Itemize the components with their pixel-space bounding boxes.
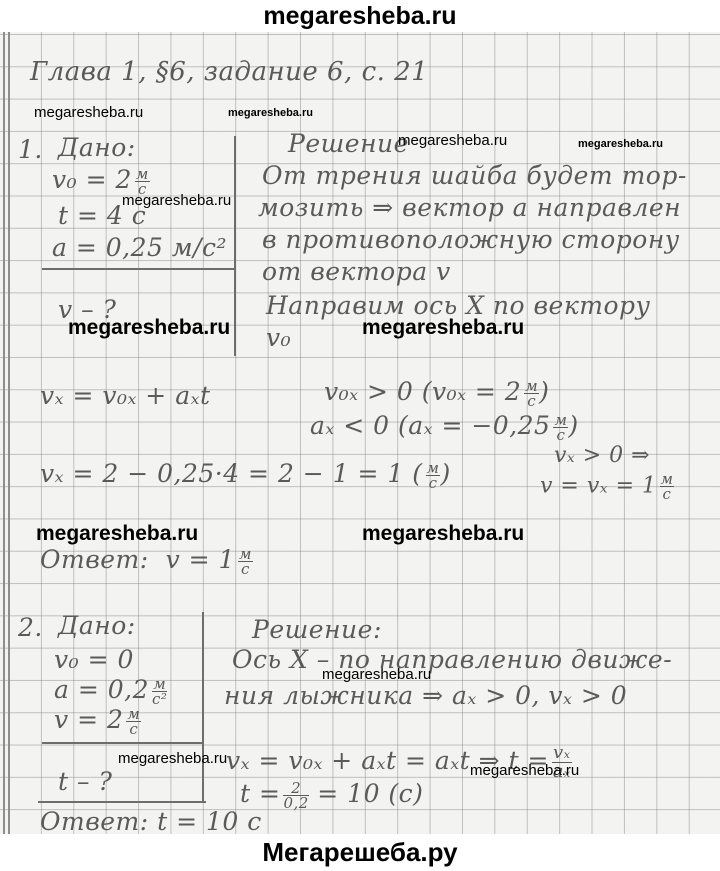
- problem-2-find: t – ?: [58, 768, 112, 796]
- problem-2-given-a: a = 0,2мс²: [54, 676, 167, 706]
- problem-1-solution-line: от вектора v: [262, 258, 451, 286]
- problem-1-solution-line: в противоположную сторону: [262, 226, 680, 254]
- watermark: megaresheba.ru: [322, 666, 431, 683]
- margin-line: [8, 32, 10, 834]
- problem-2-given-v: v = 2мс: [54, 706, 141, 736]
- given-box-right-border: [234, 136, 236, 356]
- watermark: megaresheba.ru: [362, 522, 524, 546]
- watermark: megaresheba.ru: [470, 762, 579, 779]
- given-box-bottom: [38, 801, 206, 803]
- site-footer-watermark: Мегарешеба.ру: [0, 834, 720, 871]
- watermark: megaresheba.ru: [122, 192, 231, 209]
- watermark: megaresheba.ru: [228, 107, 313, 119]
- watermark: megaresheba.ru: [34, 104, 143, 121]
- watermark: megaresheba.ru: [118, 750, 227, 767]
- problem-1-eq-v0x: v₀ₓ > 0 (v₀ₓ = 2мс): [324, 378, 549, 408]
- problem-1-given-label: Дано:: [58, 134, 136, 162]
- problem-1-solution-line: От трения шайба будет тор-: [262, 162, 687, 190]
- site-header-watermark: megaresheba.ru: [0, 0, 720, 32]
- margin-line: [3, 32, 5, 834]
- problem-2-given-v0: v₀ = 0: [54, 646, 134, 674]
- notebook-page: Глава 1, §6, задание 6, с. 21 1. Дано: v…: [0, 32, 720, 834]
- problem-1-eq-velocity: vₓ = v₀ₓ + aₓt: [40, 382, 211, 410]
- given-box-divider: [42, 268, 234, 270]
- problem-2-number: 2.: [18, 614, 43, 642]
- page-heading: Глава 1, §6, задание 6, с. 21: [30, 58, 428, 86]
- watermark: megaresheba.ru: [398, 132, 507, 149]
- problem-1-solution-label: Решение: [288, 130, 409, 158]
- watermark: megaresheba.ru: [578, 138, 663, 150]
- problem-1-number: 1.: [18, 136, 43, 164]
- problem-2-eq-time: t =20,2 = 10 (с): [240, 780, 423, 810]
- problem-1-eq-calc: vₓ = 2 − 0,25·4 = 2 − 1 = 1 (мс): [40, 460, 451, 490]
- watermark: megaresheba.ru: [36, 522, 198, 546]
- problem-1-solution-line: v₀: [266, 324, 291, 352]
- answer-label: Ответ:: [40, 807, 149, 834]
- given-v0-value: v₀ = 2: [52, 165, 132, 194]
- watermark: megaresheba.ru: [68, 316, 230, 340]
- problem-1-solution-line: мозить ⇒ вектор a направлен: [258, 194, 681, 222]
- problem-2-solution-line: ния лыжника ⇒ aₓ > 0, vₓ > 0: [224, 682, 627, 710]
- given-box-divider: [42, 742, 202, 744]
- problem-2-answer: Ответ: t = 10 с: [40, 808, 262, 834]
- problem-2-given-label: Дано:: [58, 612, 136, 640]
- problem-1-eq-ax: aₓ < 0 (aₓ = −0,25мс): [310, 412, 579, 442]
- problem-2-solution-line: Ось X – по направлению движе-: [232, 646, 672, 674]
- problem-2-solution-label: Решение:: [252, 616, 382, 644]
- given-box-right-border: [202, 612, 204, 802]
- answer-label: Ответ:: [40, 545, 149, 574]
- watermark: megaresheba.ru: [362, 316, 524, 340]
- problem-1-eq-v-result: v = vₓ = 1мс: [540, 472, 674, 501]
- problem-1-given-a: a = 0,25 м/с²: [52, 234, 227, 262]
- problem-1-answer: Ответ: v = 1мс: [40, 546, 253, 576]
- problem-1-eq-vx-positive: vₓ > 0 ⇒: [554, 442, 650, 470]
